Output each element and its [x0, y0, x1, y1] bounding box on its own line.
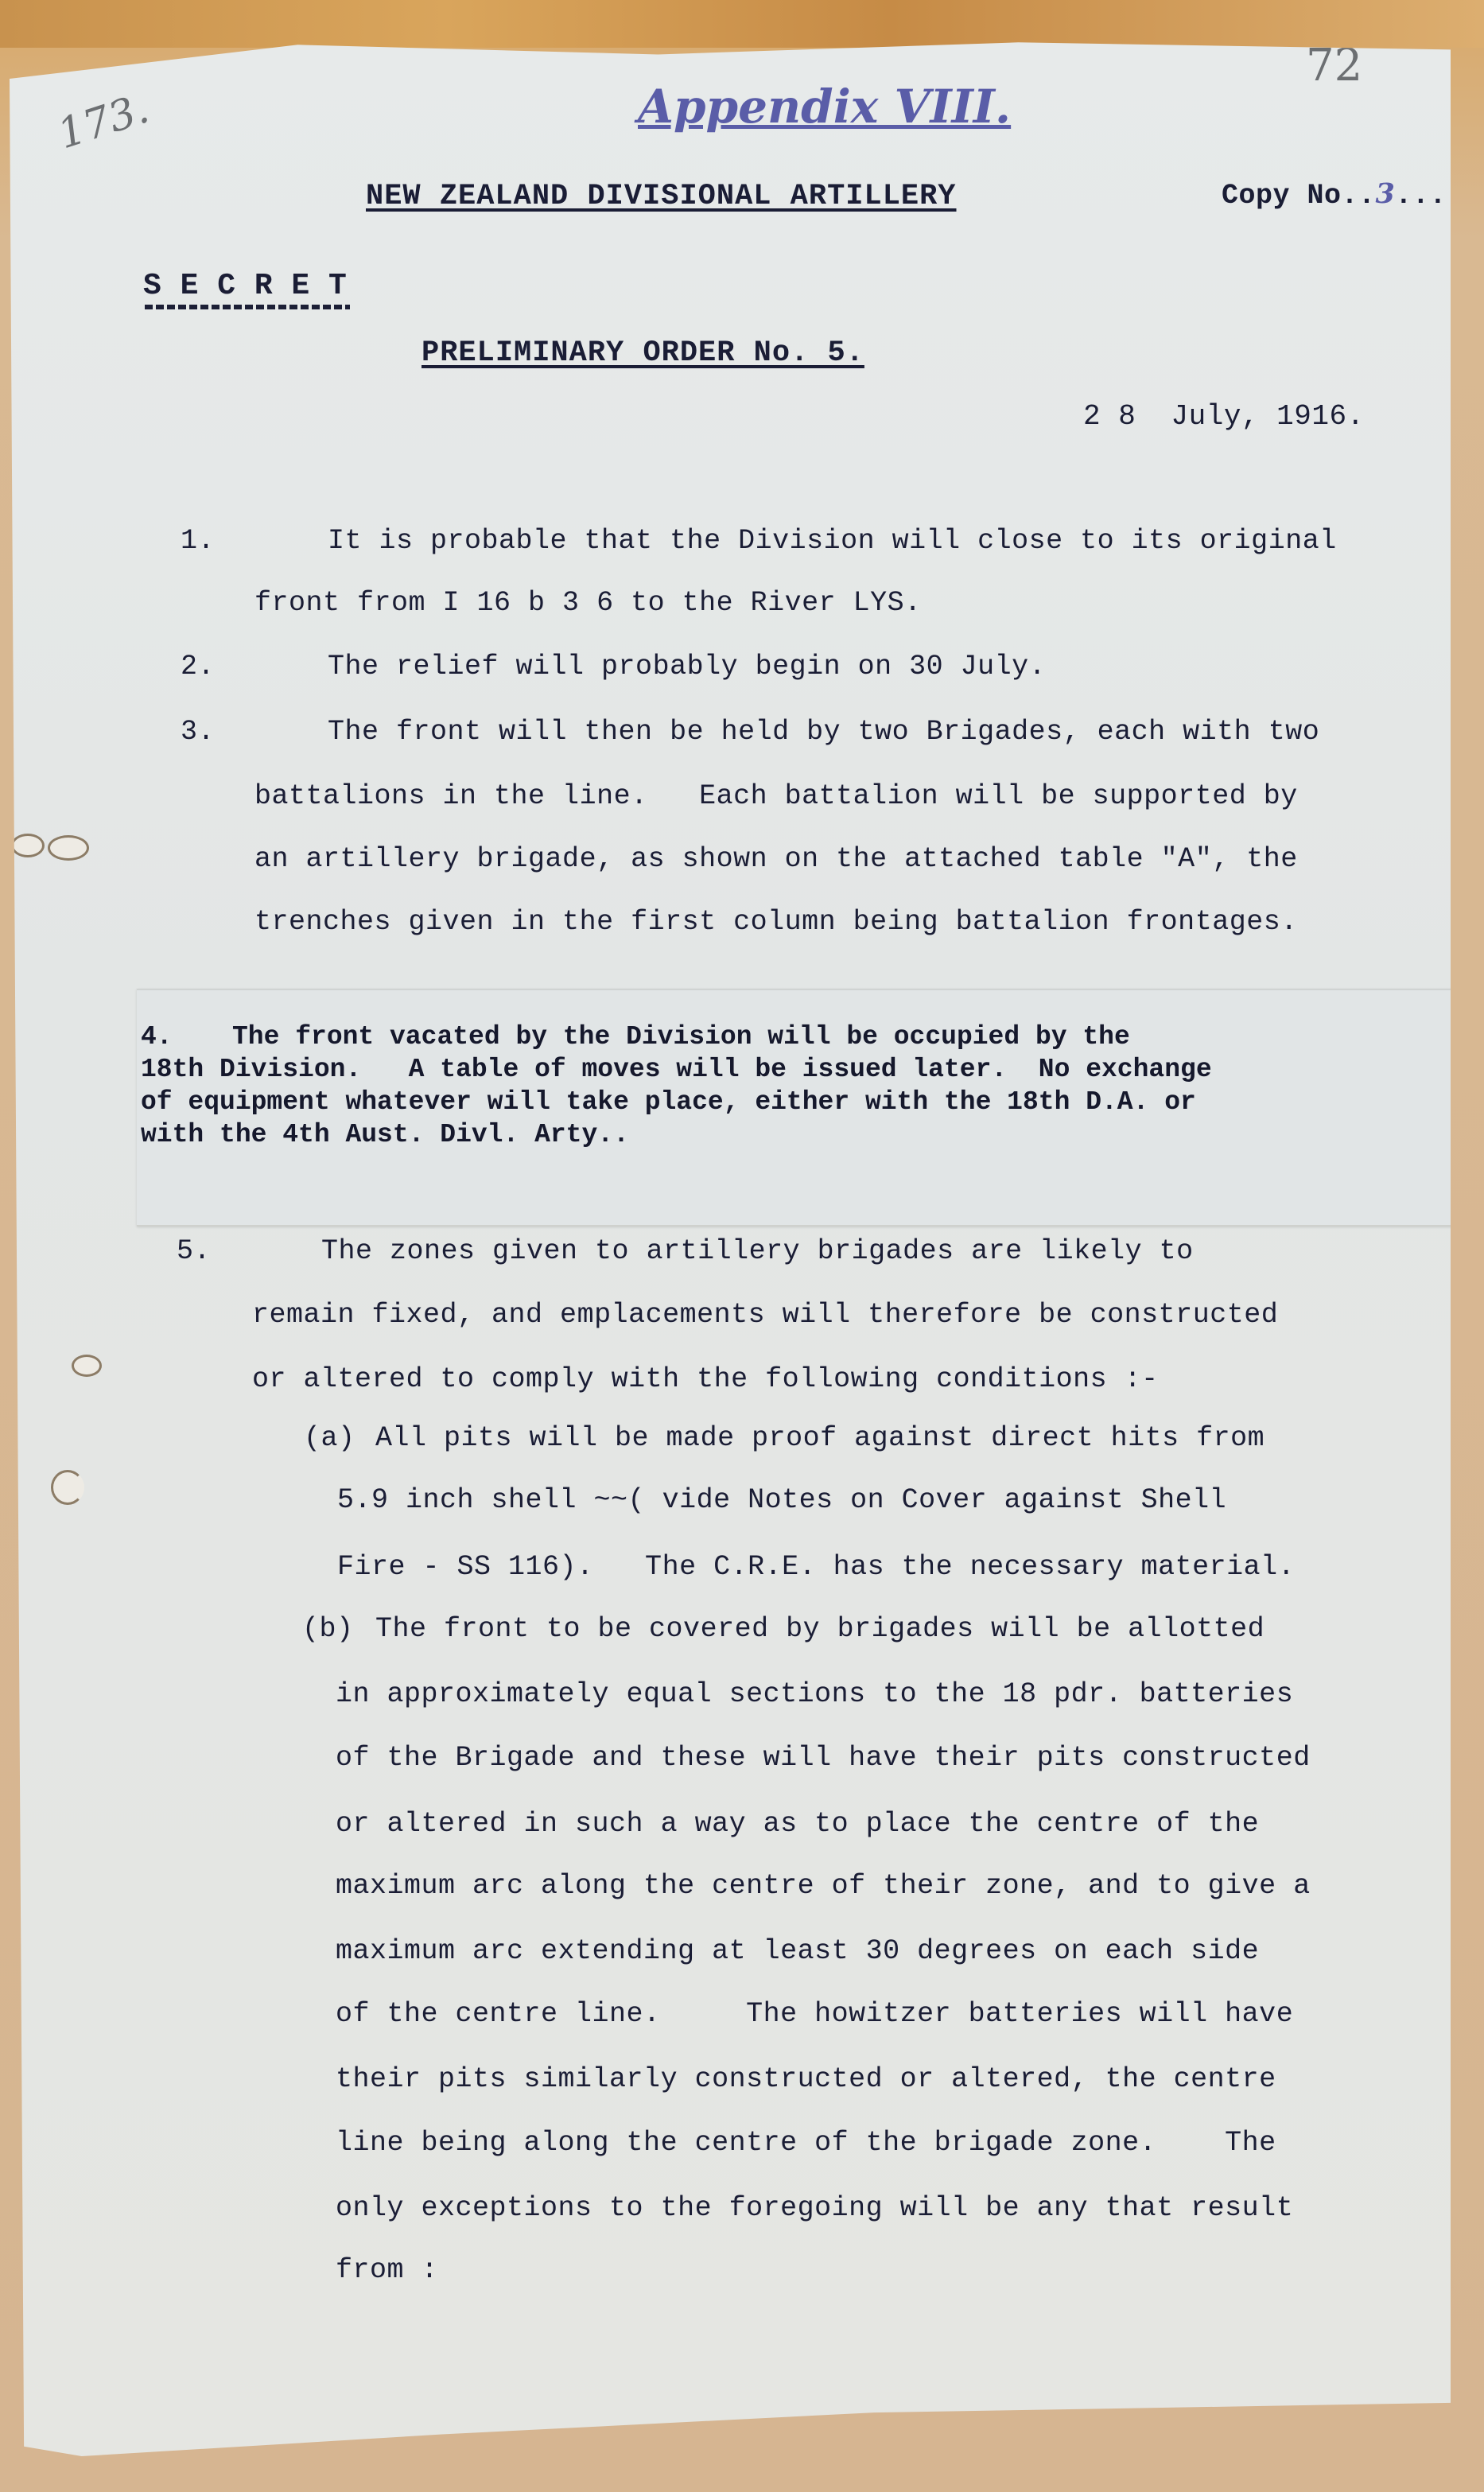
paragraph-line: maximum arc along the centre of their zo…: [336, 1870, 1311, 1902]
secret-underline: [145, 305, 350, 309]
paragraph-line: battalions in the line. Each battalion w…: [254, 780, 1298, 812]
paragraph-line: in approximately equal sections to the 1…: [336, 1678, 1293, 1710]
punch-hole: [72, 1355, 102, 1377]
paragraph-line: The zones given to artillery brigades ar…: [321, 1235, 1194, 1267]
secret-classification: S E C R E T: [143, 269, 347, 303]
paragraph-line: of the centre line. The howitzer batteri…: [336, 1998, 1293, 2030]
paragraph-number: 1.: [181, 525, 215, 557]
paragraph-line: of equipment whatever will take place, e…: [141, 1086, 1196, 1118]
paragraph-line: only exceptions to the foregoing will be…: [336, 2192, 1293, 2224]
paragraph-line: line being along the centre of the briga…: [336, 2127, 1276, 2159]
paragraph-line: The front vacated by the Division will b…: [232, 1021, 1130, 1053]
paragraph-number: 4.: [141, 1021, 173, 1053]
paragraph-line: their pits similarly constructed or alte…: [336, 2063, 1276, 2095]
paragraph-line: 18th Division. A table of moves will be …: [141, 1053, 1212, 1086]
paragraph-line: remain fixed, and emplacements will ther…: [252, 1299, 1278, 1331]
paragraph-line: of the Brigade and these will have their…: [336, 1742, 1311, 1774]
paragraph-line: maximum arc extending at least 30 degree…: [336, 1935, 1259, 1967]
paragraph-line: 5.9 inch shell ~~( vide Notes on Cover a…: [337, 1484, 1226, 1516]
paragraph-number: 3.: [181, 716, 215, 748]
paragraph-line: The front to be covered by brigades will…: [375, 1613, 1265, 1645]
paragraph-line: All pits will be made proof against dire…: [375, 1422, 1265, 1454]
copy-number: 3: [1376, 177, 1396, 210]
paragraph-number: 5.: [177, 1235, 211, 1267]
paragraph-line: with the 4th Aust. Divl. Arty..: [141, 1118, 629, 1151]
wooden-background: [0, 0, 1484, 48]
paragraph-line: or altered in such a way as to place the…: [336, 1808, 1259, 1840]
paragraph-line: Fire - SS 116). The C.R.E. has the neces…: [337, 1551, 1295, 1583]
copy-number-line: Copy No..3....: [1153, 146, 1463, 243]
paragraph-number: 2.: [181, 651, 215, 682]
organization-heading: NEW ZEALAND DIVISIONAL ARTILLERY: [366, 180, 957, 213]
paragraph-line: It is probable that the Division will cl…: [328, 525, 1337, 557]
punch-hole: [51, 1470, 84, 1505]
copy-label: Copy No..: [1222, 180, 1376, 212]
copy-dots: ....: [1395, 180, 1463, 212]
paragraph-line: an artillery brigade, as shown on the at…: [254, 843, 1298, 875]
subparagraph-label: (b): [302, 1613, 354, 1645]
punch-hole: [48, 835, 89, 861]
paragraph-line: front from I 16 b 3 6 to the River LYS.: [254, 587, 922, 619]
paragraph-line: The relief will probably begin on 30 Jul…: [328, 651, 1046, 682]
paragraph-line: The front will then be held by two Briga…: [328, 716, 1319, 748]
order-date: 2 8 July, 1916.: [1083, 400, 1365, 433]
appendix-annotation: Appendix VIII.: [638, 80, 1011, 134]
folio-number-left: 173.: [52, 85, 155, 159]
subparagraph-label: (a): [304, 1422, 355, 1454]
document-page: 72 173. Appendix VIII. Copy No..3.... NE…: [10, 30, 1451, 2456]
paragraph-line: from :: [336, 2254, 438, 2286]
paragraph-line: or altered to comply with the following …: [252, 1363, 1159, 1395]
order-title: PRELIMINARY ORDER No. 5.: [422, 336, 864, 370]
paragraph-line: trenches given in the first column being…: [254, 906, 1298, 938]
punch-hole: [11, 834, 45, 857]
